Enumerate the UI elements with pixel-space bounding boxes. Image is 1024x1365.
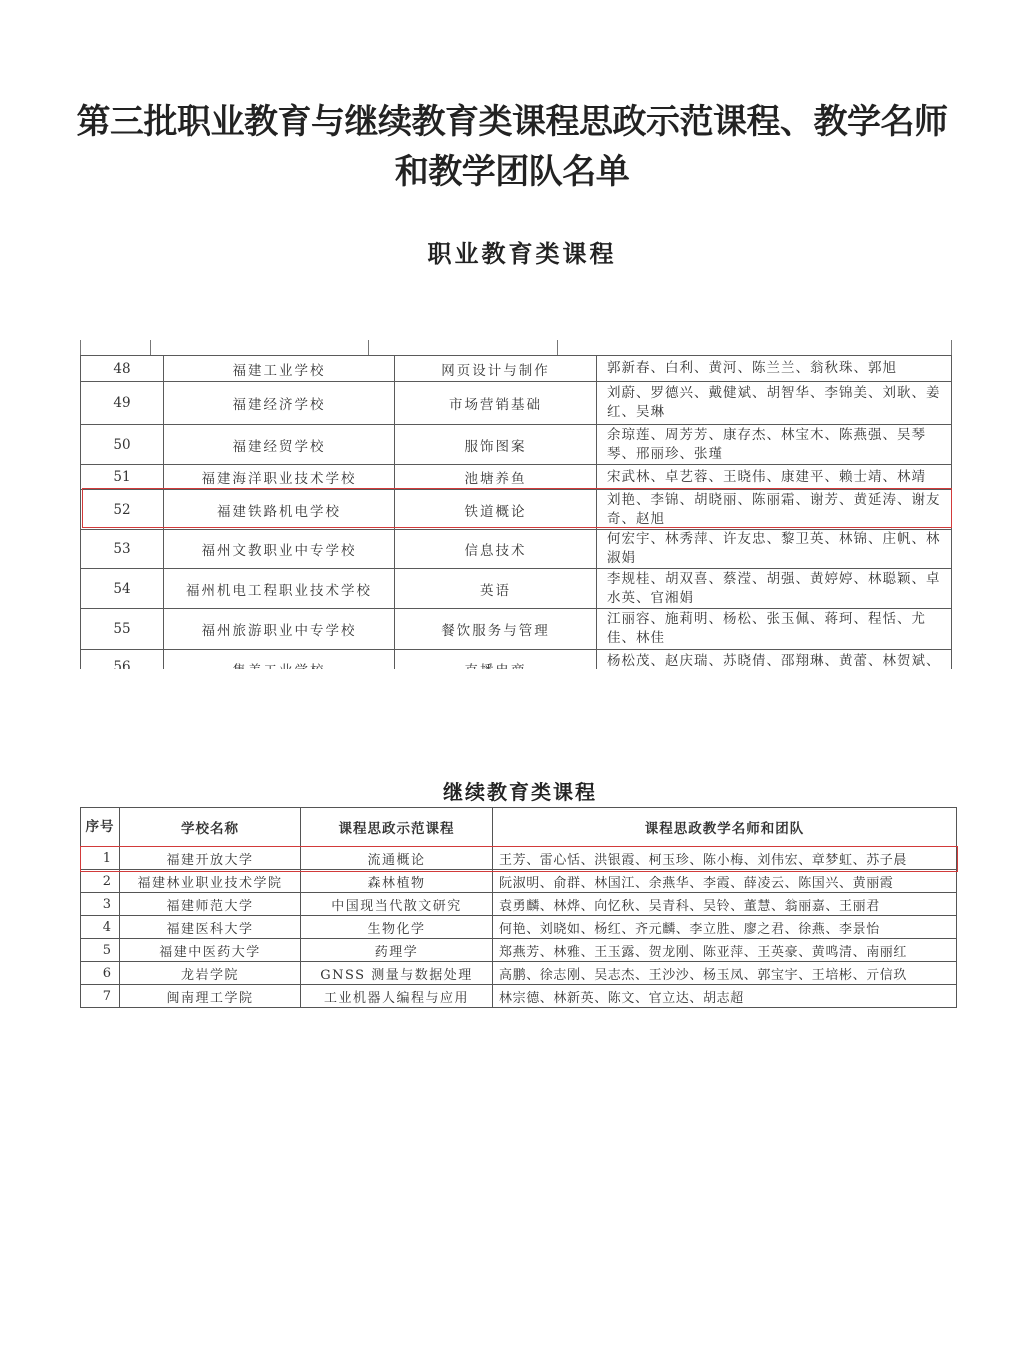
school-name: 福建医科大学 xyxy=(120,916,301,939)
course-name: 网页设计与制作 xyxy=(395,356,597,382)
teacher-team: 袁勇麟、林烨、向忆秋、吴青科、吴铃、董慧、翁丽嘉、王丽君 xyxy=(493,893,957,916)
course-name: 流通概论 xyxy=(301,847,493,870)
column-header-course: 课程思政示范课程 xyxy=(301,808,493,847)
table-row: 5 福建中医药大学 药理学 郑燕芳、林雅、王玉露、贺龙刚、陈亚萍、王英豪、黄鸣清… xyxy=(81,939,957,962)
row-number: 53 xyxy=(81,530,164,569)
school-name: 福建经贸学校 xyxy=(164,425,395,465)
teacher-team: 林宗德、林新英、陈文、官立达、胡志超 xyxy=(493,985,957,1008)
row-number: 51 xyxy=(81,465,164,490)
course-name: 中国现当代散文研究 xyxy=(301,893,493,916)
teacher-team: 郑燕芳、林雅、王玉露、贺龙刚、陈亚萍、王英豪、黄鸣清、南丽红 xyxy=(493,939,957,962)
row-number: 2 xyxy=(81,870,120,893)
document-title-line1: 第三批职业教育与继续教育类课程思政示范课程、教学名师 xyxy=(0,96,1024,148)
course-name: 市场营销基础 xyxy=(395,382,597,425)
course-name: 铁道概论 xyxy=(395,490,597,530)
column-header-team: 课程思政教学名师和团队 xyxy=(493,808,957,847)
table-row: 55 福州旅游职业中专学校 餐饮服务与管理 江丽容、施莉明、杨松、张玉佩、蒋珂、… xyxy=(81,609,952,650)
row-number: 55 xyxy=(81,609,164,650)
table-row: 48 福建工业学校 网页设计与制作 郭新春、白利、黄河、陈兰兰、翁秋珠、郭旭 xyxy=(81,356,952,382)
table-row: 54 福州机电工程职业技术学校 英语 李规桂、胡双喜、蔡滢、胡强、黄婷婷、林聪颖… xyxy=(81,569,952,609)
teacher-team: 余琼莲、周芳芳、康存杰、林宝木、陈燕强、吴琴琴、邢丽珍、张瑾 xyxy=(597,425,952,465)
course-name: 森林植物 xyxy=(301,870,493,893)
row-number: 49 xyxy=(81,382,164,425)
teacher-team: 李规桂、胡双喜、蔡滢、胡强、黄婷婷、林聪颖、卓水英、官湘娟 xyxy=(597,569,952,609)
school-name: 福建海洋职业技术学校 xyxy=(164,465,395,490)
table-row: 7 闽南理工学院 工业机器人编程与应用 林宗德、林新英、陈文、官立达、胡志超 xyxy=(81,985,957,1008)
column-header-school: 学校名称 xyxy=(120,808,301,847)
school-name: 福建开放大学 xyxy=(120,847,301,870)
continuing-section-heading: 继续教育类课程 xyxy=(8,776,1024,805)
row-number: 6 xyxy=(81,962,120,985)
school-name: 福建中医药大学 xyxy=(120,939,301,962)
school-name: 福州文教职业中专学校 xyxy=(164,530,395,569)
course-name: GNSS 测量与数据处理 xyxy=(301,962,493,985)
course-name: 英语 xyxy=(395,569,597,609)
course-name: 工业机器人编程与应用 xyxy=(301,985,493,1008)
row-number: 52 xyxy=(81,490,164,530)
table-row: 2 福建林业职业技术学院 森林植物 阮淑明、俞群、林国江、余燕华、李霞、薛凌云、… xyxy=(81,870,957,893)
vocational-section-heading: 职业教育类课程 xyxy=(10,234,1024,269)
row-number: 5 xyxy=(81,939,120,962)
school-name: 福建经济学校 xyxy=(164,382,395,425)
teacher-team: 江丽容、施莉明、杨松、张玉佩、蒋珂、程恬、尤佳、林佳 xyxy=(597,609,952,650)
course-name: 服饰图案 xyxy=(395,425,597,465)
row-number: 1 xyxy=(81,847,120,870)
school-name: 闽南理工学院 xyxy=(120,985,301,1008)
course-name: 药理学 xyxy=(301,939,493,962)
table-row: 6 龙岩学院 GNSS 测量与数据处理 高鹏、徐志刚、吴志杰、王沙沙、杨玉凤、郭… xyxy=(81,962,957,985)
school-name: 福建铁路机电学校 xyxy=(164,490,395,530)
table-header-row: 序号 学校名称 课程思政示范课程 课程思政教学名师和团队 xyxy=(81,808,957,847)
course-name: 直播电商 xyxy=(395,650,597,670)
school-name: 福建林业职业技术学院 xyxy=(120,870,301,893)
school-name: 福建工业学校 xyxy=(164,356,395,382)
teacher-team: 刘蔚、罗德兴、戴健斌、胡智华、李锦美、刘耿、姜红、吴琳 xyxy=(597,382,952,425)
row-number: 3 xyxy=(81,893,120,916)
table-row-highlighted: 52 福建铁路机电学校 铁道概论 刘艳、李锦、胡晓丽、陈丽霜、谢芳、黄延涛、谢友… xyxy=(81,490,952,530)
row-number: 7 xyxy=(81,985,120,1008)
vocational-table-viewport: 48 福建工业学校 网页设计与制作 郭新春、白利、黄河、陈兰兰、翁秋珠、郭旭 4… xyxy=(78,340,958,669)
teacher-team: 何宏宇、林秀萍、许友忠、黎卫英、林锦、庄帆、林淑娟 xyxy=(597,530,952,569)
course-name: 生物化学 xyxy=(301,916,493,939)
table-row-highlighted: 1 福建开放大学 流通概论 王芳、雷心恬、洪银霞、柯玉珍、陈小梅、刘伟宏、章梦虹… xyxy=(81,847,957,870)
teacher-team: 何艳、刘晓如、杨红、齐元麟、李立胜、廖之君、徐燕、李景怡 xyxy=(493,916,957,939)
table-row: 49 福建经济学校 市场营销基础 刘蔚、罗德兴、戴健斌、胡智华、李锦美、刘耿、姜… xyxy=(81,382,952,425)
vocational-course-table: 48 福建工业学校 网页设计与制作 郭新春、白利、黄河、陈兰兰、翁秋珠、郭旭 4… xyxy=(80,355,952,669)
teacher-team: 宋武林、卓艺蓉、王晓伟、康建平、赖士靖、林靖 xyxy=(597,465,952,490)
table-row: 51 福建海洋职业技术学校 池塘养鱼 宋武林、卓艺蓉、王晓伟、康建平、赖士靖、林… xyxy=(81,465,952,490)
school-name: 福州机电工程职业技术学校 xyxy=(164,569,395,609)
teacher-team: 杨松茂、赵庆瑞、苏晓倩、邵翔琳、黄蕾、林贺斌、李盼盼、雷思擎 xyxy=(597,650,952,670)
teacher-team: 阮淑明、俞群、林国江、余燕华、李霞、薛凌云、陈国兴、黄丽霞 xyxy=(493,870,957,893)
table-row: 50 福建经贸学校 服饰图案 余琼莲、周芳芳、康存杰、林宝木、陈燕强、吴琴琴、邢… xyxy=(81,425,952,465)
course-name: 信息技术 xyxy=(395,530,597,569)
course-name: 餐饮服务与管理 xyxy=(395,609,597,650)
teacher-team: 郭新春、白利、黄河、陈兰兰、翁秋珠、郭旭 xyxy=(597,356,952,382)
school-name: 龙岩学院 xyxy=(120,962,301,985)
row-number: 4 xyxy=(81,916,120,939)
school-name: 集美工业学校 xyxy=(164,650,395,670)
teacher-team: 高鹏、徐志刚、吴志杰、王沙沙、杨玉凤、郭宝宇、王培彬、亓信玖 xyxy=(493,962,957,985)
row-number: 50 xyxy=(81,425,164,465)
table-row: 56 集美工业学校 直播电商 杨松茂、赵庆瑞、苏晓倩、邵翔琳、黄蕾、林贺斌、李盼… xyxy=(81,650,952,670)
teacher-team: 王芳、雷心恬、洪银霞、柯玉珍、陈小梅、刘伟宏、章梦虹、苏子晨 xyxy=(493,847,957,870)
row-number: 56 xyxy=(81,650,164,670)
school-name: 福建师范大学 xyxy=(120,893,301,916)
table-row: 4 福建医科大学 生物化学 何艳、刘晓如、杨红、齐元麟、李立胜、廖之君、徐燕、李… xyxy=(81,916,957,939)
school-name: 福州旅游职业中专学校 xyxy=(164,609,395,650)
table-row: 53 福州文教职业中专学校 信息技术 何宏宇、林秀萍、许友忠、黎卫英、林锦、庄帆… xyxy=(81,530,952,569)
teacher-team: 刘艳、李锦、胡晓丽、陈丽霜、谢芳、黄延涛、谢友奇、赵旭 xyxy=(597,490,952,530)
row-number: 48 xyxy=(81,356,164,382)
continuing-course-table: 序号 学校名称 课程思政示范课程 课程思政教学名师和团队 1 福建开放大学 流通… xyxy=(80,807,957,1008)
table-row: 3 福建师范大学 中国现当代散文研究 袁勇麟、林烨、向忆秋、吴青科、吴铃、董慧、… xyxy=(81,893,957,916)
row-number: 54 xyxy=(81,569,164,609)
document-title-line2: 和教学团队名单 xyxy=(0,146,1024,198)
course-name: 池塘养鱼 xyxy=(395,465,597,490)
column-header-number: 序号 xyxy=(81,808,120,847)
